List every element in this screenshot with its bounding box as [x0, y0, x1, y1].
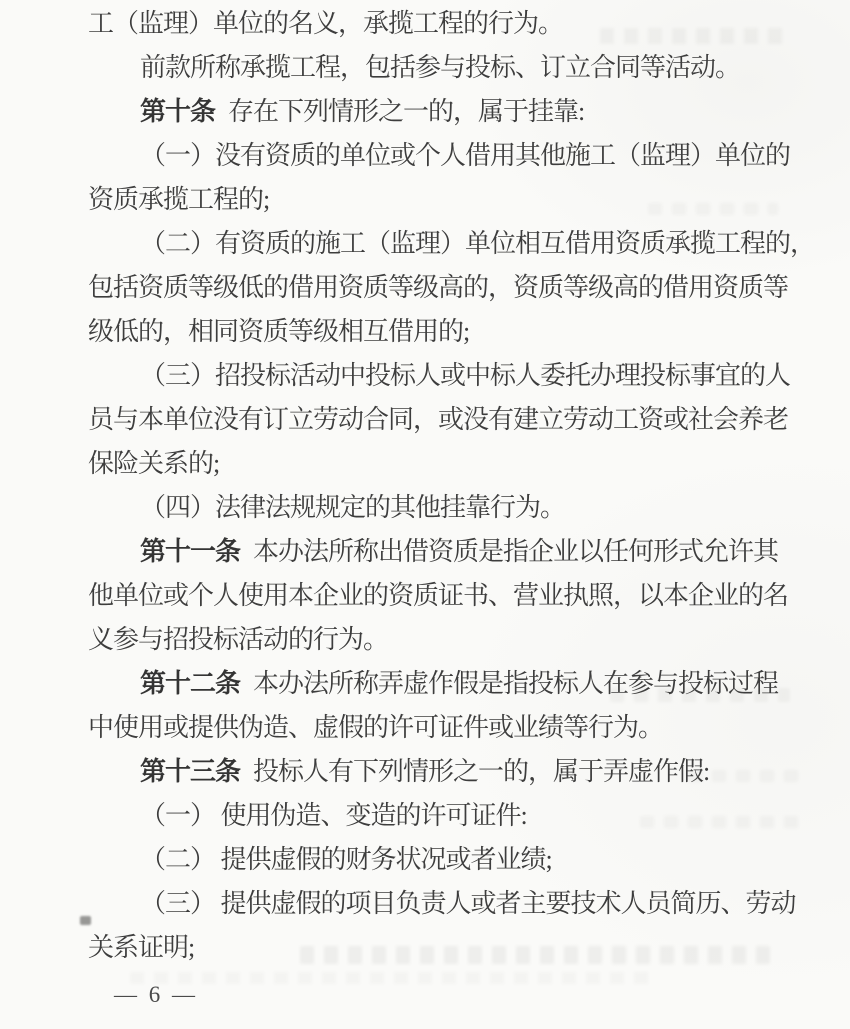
scan-artifact — [300, 946, 770, 964]
article-10-text: 存在下列情形之一的，属于挂靠: — [228, 97, 584, 126]
text-line: （二）有资质的施工（监理）单位相互借用资质承揽工程的， — [88, 222, 794, 266]
text-line: 包括资质等级低的借用资质等级高的，资质等级高的借用资质等 — [88, 266, 794, 310]
text-line: 他单位或个人使用本企业的资质证书、营业执照，以本企业的名 — [88, 574, 794, 618]
text-line: 义参与招投标活动的行为。 — [88, 618, 794, 662]
article-10-term: 第十条 — [140, 97, 215, 126]
article-11-term: 第十一条 — [140, 537, 240, 566]
scan-artifact — [688, 770, 808, 782]
scan-artifact — [640, 816, 800, 828]
text-line: 员与本单位没有订立劳动合同，或没有建立劳动工资或社会养老 — [88, 398, 794, 442]
text-line: 保险关系的; — [88, 442, 794, 486]
article-10-line: 第十条存在下列情形之一的，属于挂靠: — [88, 90, 794, 134]
text-line: 资质承揽工程的; — [88, 178, 794, 222]
scanned-page: 工（监理）单位的名义，承揽工程的行为。 前款所称承揽工程，包括参与投标、订立合同… — [0, 0, 850, 1029]
article-12-term: 第十二条 — [140, 669, 240, 698]
scan-artifact — [80, 916, 91, 925]
text-line: （三）招投标活动中投标人或中标人委托办理投标事宜的人 — [88, 354, 794, 398]
page-number: — 6 — — [114, 982, 198, 1008]
scan-artifact — [648, 203, 778, 215]
text-line: （一）没有资质的单位或个人借用其他施工（监理）单位的 — [88, 134, 794, 178]
article-11-text: 本办法所称出借资质是指企业以任何形式允许其 — [253, 537, 778, 566]
article-11-line: 第十一条本办法所称出借资质是指企业以任何形式允许其 — [88, 530, 794, 574]
article-13-text: 投标人有下列情形之一的，属于弄虚作假: — [253, 757, 709, 786]
scan-artifact — [130, 972, 650, 984]
text-line: 级低的，相同资质等级相互借用的; — [88, 310, 794, 354]
text-line: 前款所称承揽工程，包括参与投标、订立合同等活动。 — [88, 46, 794, 90]
scan-artifact — [610, 688, 790, 702]
text-line: （三） 提供虚假的项目负责人或者主要技术人员简历、劳动 — [88, 882, 794, 926]
text-line: （四）法律法规规定的其他挂靠行为。 — [88, 486, 794, 530]
text-line: （二） 提供虚假的财务状况或者业绩; — [88, 838, 794, 882]
scan-artifact — [600, 28, 790, 44]
text-line: 中使用或提供伪造、虚假的许可证件或业绩等行为。 — [88, 706, 794, 750]
article-13-term: 第十三条 — [140, 757, 240, 786]
